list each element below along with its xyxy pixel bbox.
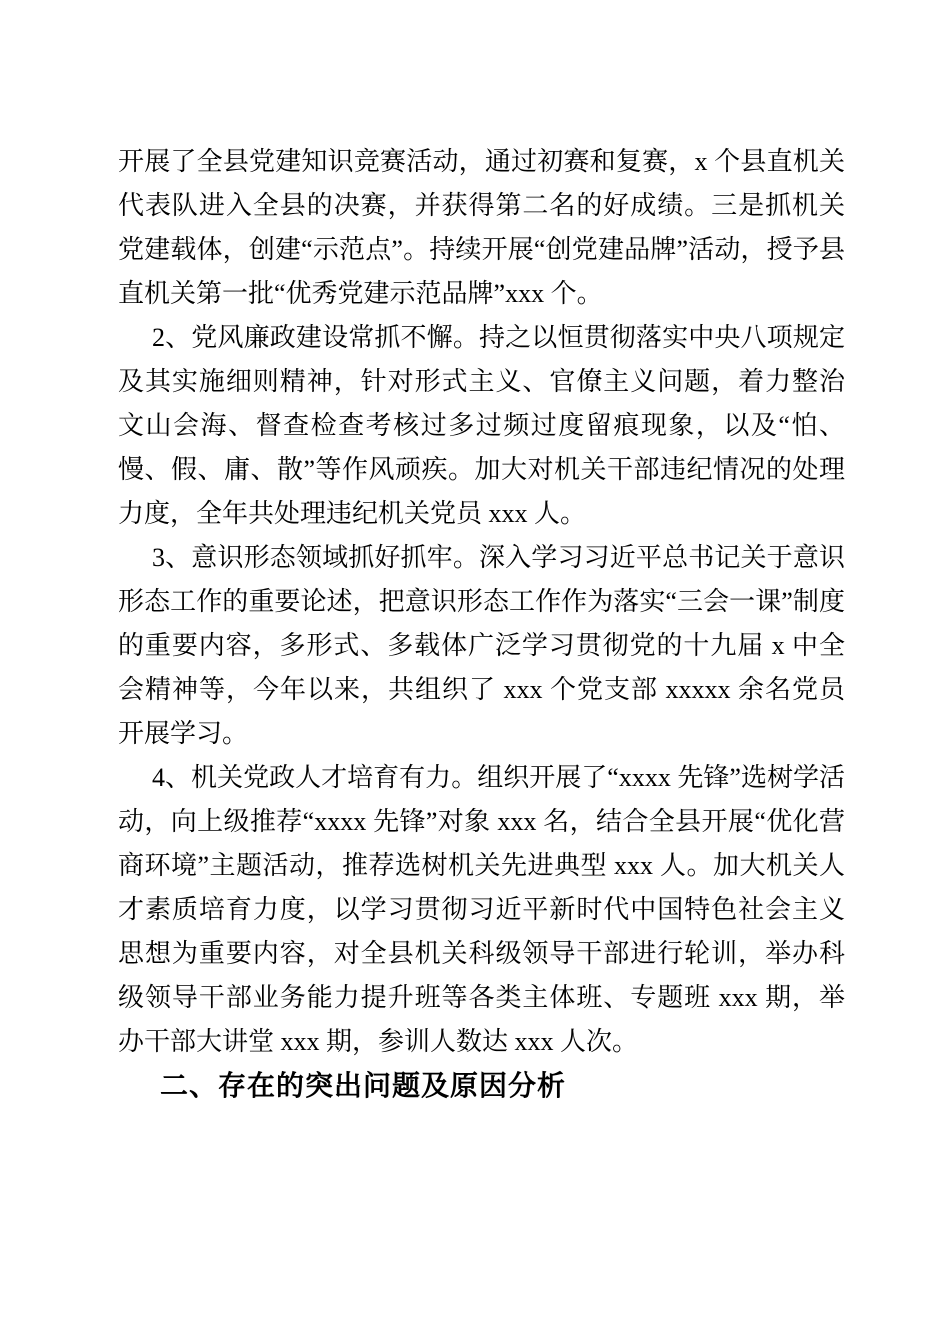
- section-heading: 二、存在的突出问题及原因分析: [118, 1064, 845, 1108]
- document-content: 开展了全县党建知识竞赛活动，通过初赛和复赛，x 个县直机关代表队进入全县的决赛，…: [118, 140, 845, 1108]
- numbered-paragraph-3: 3、意识形态领域抓好抓牢。深入学习习近平总书记关于意识形态工作的重要论述，把意识…: [118, 536, 845, 756]
- numbered-paragraph-4: 4、机关党政人才培育有力。组织开展了“xxxx 先锋”选树学活动，向上级推荐“x…: [118, 756, 845, 1064]
- body-paragraph-continuation: 开展了全县党建知识竞赛活动，通过初赛和复赛，x 个县直机关代表队进入全县的决赛，…: [118, 140, 845, 316]
- document-page: 开展了全县党建知识竞赛活动，通过初赛和复赛，x 个县直机关代表队进入全县的决赛，…: [0, 0, 950, 1344]
- numbered-paragraph-2: 2、党风廉政建设常抓不懈。持之以恒贯彻落实中央八项规定及其实施细则精神，针对形式…: [118, 316, 845, 536]
